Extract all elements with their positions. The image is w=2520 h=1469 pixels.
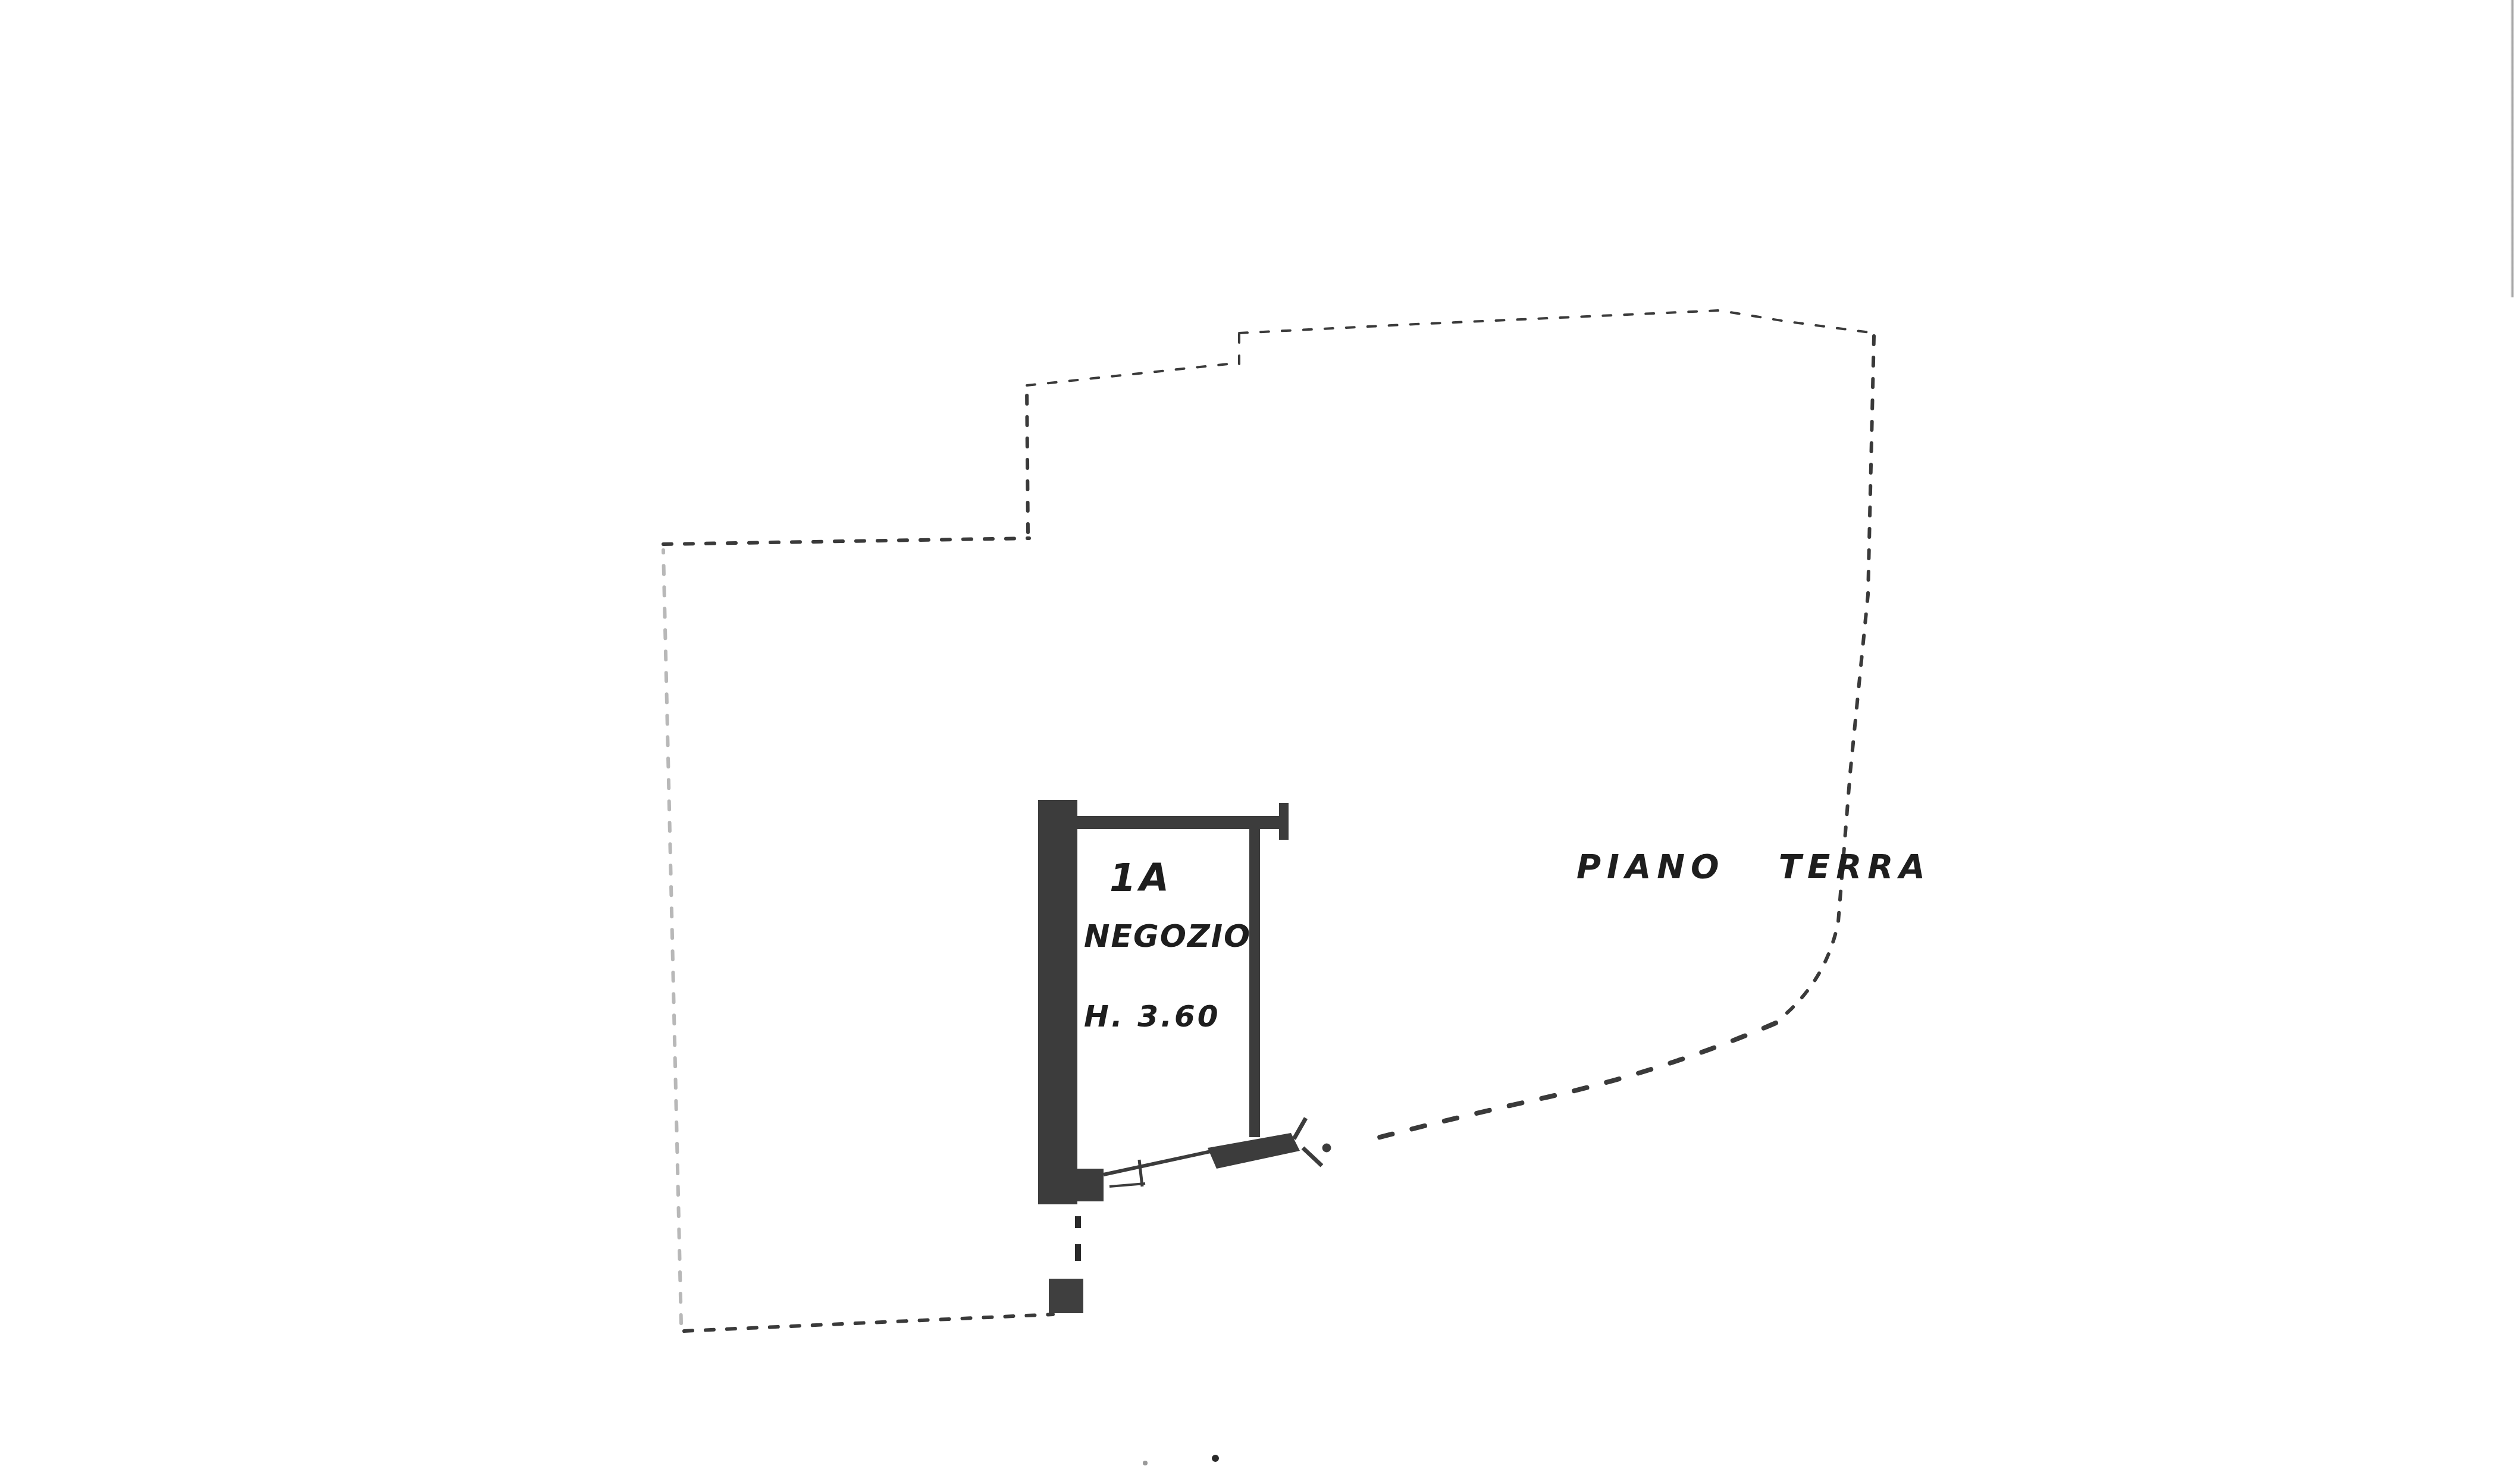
wall-left <box>1038 800 1077 1204</box>
room-id-label: 1A <box>1109 856 1173 900</box>
window-mullion <box>1139 1160 1142 1186</box>
door-hinge <box>1322 1144 1331 1152</box>
room-name-label: NEGOZIO <box>1084 919 1251 955</box>
boundary-left <box>663 550 681 1323</box>
wall-bottom-segment <box>1208 1133 1300 1169</box>
floor-label-word-1: PIANO <box>1576 847 1725 886</box>
boundary-step-upper <box>1027 363 1239 385</box>
stray-marks <box>1143 1455 1219 1465</box>
door-tick-down <box>1303 1148 1322 1166</box>
window-line-inner <box>1109 1184 1145 1186</box>
boundary-lower-right <box>1362 1023 1776 1142</box>
stray-mark-2 <box>1143 1461 1148 1465</box>
boundary-bottom <box>684 1314 1053 1331</box>
floor-label-word-2: TERRA <box>1779 847 1931 886</box>
wall-top <box>1074 816 1285 829</box>
boundary-top <box>1239 310 1874 333</box>
boundary-step-vertical <box>1027 387 1028 532</box>
boundary-right <box>1779 336 1874 1020</box>
door-tick-up <box>1294 1118 1306 1139</box>
pillar <box>1049 1279 1083 1313</box>
boundary-step-lower <box>663 538 1029 544</box>
room-height-label: H. 3.60 <box>1084 999 1221 1034</box>
wall-right <box>1249 828 1260 1137</box>
wall-top-end <box>1279 803 1289 840</box>
stray-mark-1 <box>1212 1455 1219 1462</box>
window-line-outer <box>1104 1151 1214 1175</box>
wall-corner <box>1044 1169 1104 1201</box>
floor-plan-drawing <box>0 0 2520 1469</box>
floor-label: PIANOTERRA <box>1576 847 1931 886</box>
